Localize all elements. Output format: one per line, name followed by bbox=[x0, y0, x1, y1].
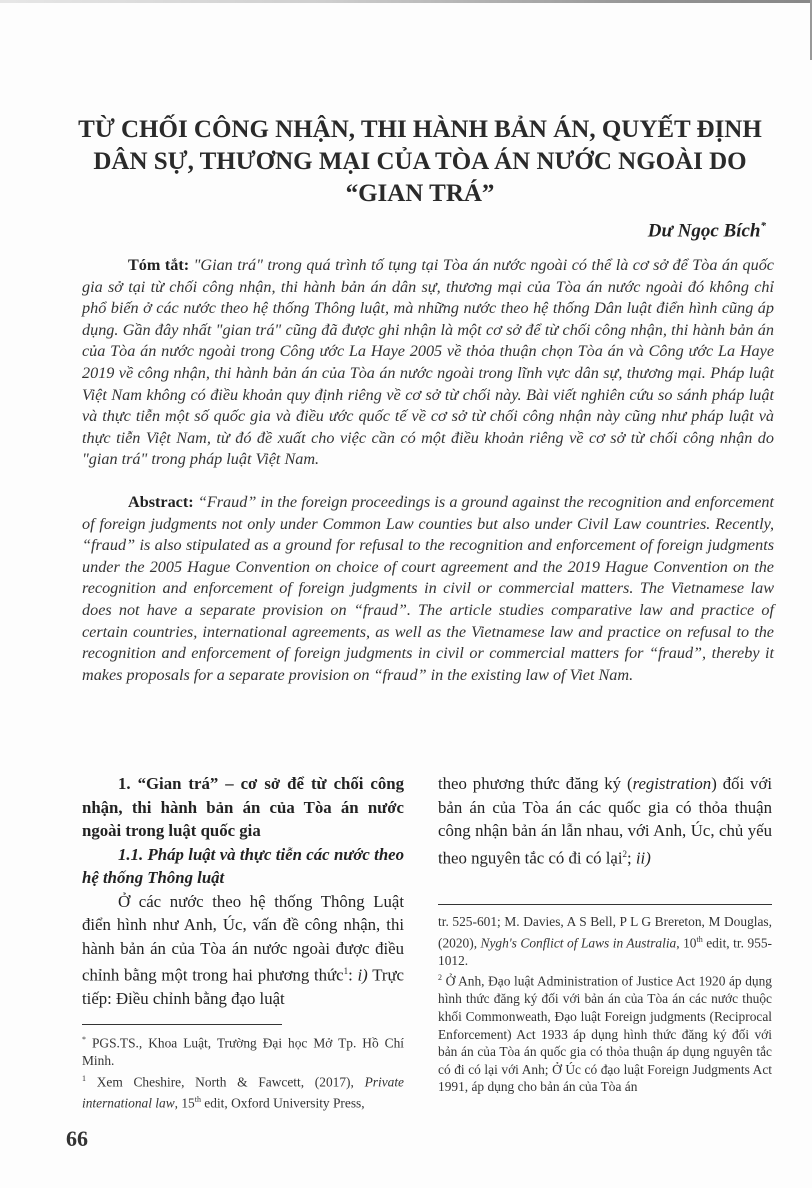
abstract-vietnamese: Tóm tắt: "Gian trá" trong quá trình tố t… bbox=[82, 255, 774, 471]
abstract-english: Abstract: “Fraud” in the foreign proceed… bbox=[82, 492, 774, 686]
abstract-en-label: Abstract: bbox=[128, 493, 194, 511]
footnote-author: * PGS.TS., Khoa Luật, Trường Đại học Mở … bbox=[82, 1031, 404, 1070]
section-heading: 1. “Gian trá” – cơ sở để từ chối công nh… bbox=[82, 772, 404, 843]
footnote-separator bbox=[438, 904, 772, 905]
abstract-vi-label: Tóm tắt: bbox=[128, 256, 189, 274]
subsection-heading: 1.1. Pháp luật và thực tiễn các nước the… bbox=[82, 843, 404, 890]
footnote-2: 2 Ở Anh, Đạo luật Administration of Just… bbox=[438, 969, 772, 1096]
body-column-left: 1. “Gian trá” – cơ sở để từ chối công nh… bbox=[82, 772, 404, 1011]
abstract-en-text: “Fraud” in the foreign proceedings is a … bbox=[82, 493, 774, 684]
footnotes-right: tr. 525-601; M. Davies, A S Bell, P L G … bbox=[438, 904, 772, 1096]
footnote-separator bbox=[82, 1024, 282, 1025]
body-column-right: theo phương thức đăng ký (registration) … bbox=[438, 772, 772, 870]
body-paragraph: Ở các nước theo hệ thống Thông Luật điển… bbox=[82, 890, 404, 1011]
author-byline: Dư Ngọc Bích* bbox=[648, 220, 766, 242]
article-title: TỪ CHỐI CÔNG NHẬN, THI HÀNH BẢN ÁN, QUYẾ… bbox=[60, 114, 780, 210]
title-line: TỪ CHỐI CÔNG NHẬN, THI HÀNH BẢN ÁN, QUYẾ… bbox=[60, 114, 780, 146]
page-number: 66 bbox=[66, 1126, 88, 1152]
footnote-1: 1 Xem Cheshire, North & Fawcett, (2017),… bbox=[82, 1070, 404, 1112]
abstract-vi-text: "Gian trá" trong quá trình tố tụng tại T… bbox=[82, 256, 774, 468]
author-name: Dư Ngọc Bích bbox=[648, 220, 761, 241]
title-line: “GIAN TRÁ” bbox=[60, 178, 780, 210]
scan-edge-top bbox=[0, 0, 812, 3]
body-paragraph-continued: theo phương thức đăng ký (registration) … bbox=[438, 772, 772, 870]
author-footnote-mark: * bbox=[761, 220, 767, 232]
footnotes-left: * PGS.TS., Khoa Luật, Trường Đại học Mở … bbox=[82, 1024, 404, 1112]
footnote-1-continued: tr. 525-601; M. Davies, A S Bell, P L G … bbox=[438, 913, 772, 969]
title-line: DÂN SỰ, THƯƠNG MẠI CỦA TÒA ÁN NƯỚC NGOÀI… bbox=[60, 146, 780, 178]
